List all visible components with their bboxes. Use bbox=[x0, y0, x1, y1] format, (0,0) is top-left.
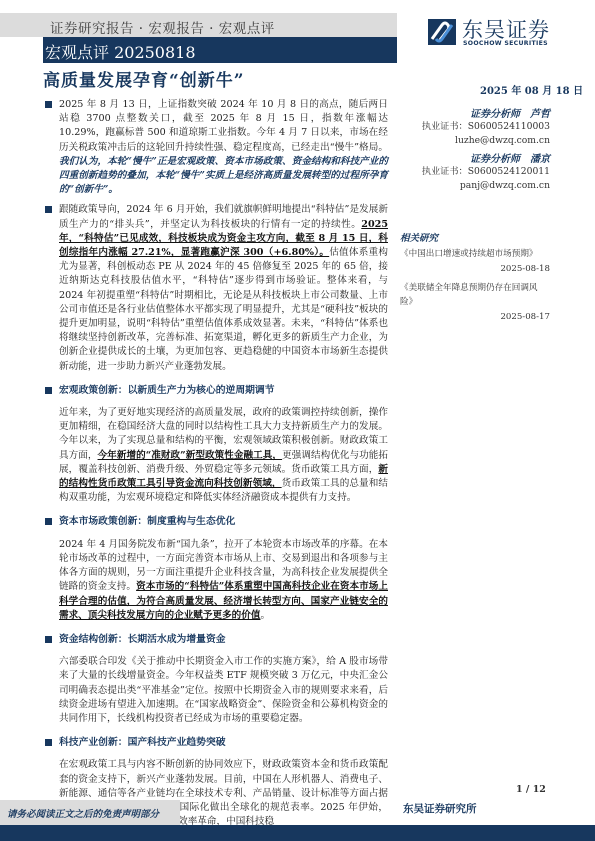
page-number: 1 / 12 bbox=[516, 784, 546, 795]
related-research: 相关研究 《中国出口增速或持续超市场预期》 2025-08-18 《美联储全年降… bbox=[400, 230, 550, 329]
related-item-date: 2025-08-18 bbox=[400, 261, 550, 277]
square-bullet-icon bbox=[45, 101, 52, 108]
disclaimer-band: 请务必阅读正文之后的免责声明部分 bbox=[0, 800, 180, 825]
square-bullet-icon bbox=[45, 739, 52, 746]
summary-paragraph-2: 跟随政策导向，2024 年 6 月开始，我们就旗帜鲜明地提出“科特估”是发展新质… bbox=[43, 203, 388, 373]
page-title: 高质量发展孕育“创新牛” bbox=[43, 66, 245, 91]
section-body-macro-policy: 近年来，为了更好地实现经济的高质量发展，政府的政策调控持续创新，操作更加精细，在… bbox=[43, 406, 388, 505]
report-category: 证券研究报告 · 宏观报告 · 宏观点评 bbox=[50, 17, 275, 37]
soochow-logo-icon bbox=[428, 19, 456, 45]
report-label: 宏观点评 20250818 bbox=[45, 40, 196, 63]
section-heading-fund-structure: 资金结构创新：长期活水成为增量资金 bbox=[43, 633, 388, 647]
analyst-cert: 执业证书：S0600524110003 bbox=[422, 120, 550, 134]
analyst-1: 证券分析师 芦哲 执业证书：S0600524110003 luzhe@dwzq.… bbox=[422, 105, 550, 148]
related-item-title[interactable]: 《中国出口增速或持续超市场预期》 bbox=[400, 247, 550, 261]
related-heading: 相关研究 bbox=[400, 230, 550, 244]
square-bullet-icon bbox=[45, 206, 52, 213]
footer-navy-band bbox=[0, 825, 595, 841]
section-heading-capital-market: 资本市场政策创新：制度重构与生态优化 bbox=[43, 515, 388, 529]
square-bullet-icon bbox=[45, 518, 52, 525]
analyst-cert: 执业证书：S0600524120011 bbox=[422, 165, 550, 179]
logo-name-en: SOOCHOW SECURITIES bbox=[463, 40, 548, 47]
analyst-email[interactable]: luzhe@dwzq.com.cn bbox=[422, 134, 550, 148]
disclaimer-text: 请务必阅读正文之后的免责声明部分 bbox=[7, 806, 159, 820]
institute-name: 东吴证券研究所 bbox=[403, 801, 477, 816]
analyst-2: 证券分析师 潘京 执业证书：S0600524120011 panj@dwzq.c… bbox=[422, 150, 550, 193]
analyst-title: 证券分析师 芦哲 bbox=[422, 105, 550, 120]
company-logo: 东吴证券 SOOCHOW SECURITIES bbox=[428, 16, 563, 50]
summary-paragraph-1: 2025 年 8 月 13 日，上证指数突破 2024 年 10 月 8 日的高… bbox=[43, 98, 388, 197]
square-bullet-icon bbox=[45, 636, 52, 643]
main-content: 2025 年 8 月 13 日，上证指数突破 2024 年 10 月 8 日的高… bbox=[43, 98, 388, 835]
analyst-title: 证券分析师 潘京 bbox=[422, 150, 550, 165]
report-category-band: 证券研究报告 · 宏观报告 · 宏观点评 bbox=[0, 13, 397, 37]
related-item-title[interactable]: 《美联储全年降息预期仍存在回调风险》 bbox=[400, 281, 550, 309]
section-body-capital-market: 2024 年 4 月国务院发布新“国九条”，拉开了本轮资本市场改革的序幕。在本轮… bbox=[43, 538, 388, 623]
report-label-band: 宏观点评 20250818 bbox=[43, 37, 397, 63]
related-item-date: 2025-08-17 bbox=[400, 309, 550, 325]
key-point: 我们认为，本轮“慢牛”正是宏观政策、资本市场政策、资金结构和科技产业的四重创新趋… bbox=[59, 156, 388, 195]
section-heading-macro-policy: 宏观政策创新：以新质生产力为核心的逆周期调节 bbox=[43, 384, 388, 398]
report-date: 2025 年 08 月 18 日 bbox=[480, 82, 583, 97]
analyst-email[interactable]: panj@dwzq.com.cn bbox=[422, 179, 550, 193]
section-body-fund-structure: 六部委联合印发《关于推动中长期资金入市工作的实施方案》，给 A 股市场带来了大量… bbox=[43, 655, 388, 726]
section-heading-tech-industry: 科技产业创新：国产科技产业趋势突破 bbox=[43, 736, 388, 750]
square-bullet-icon bbox=[45, 387, 52, 394]
